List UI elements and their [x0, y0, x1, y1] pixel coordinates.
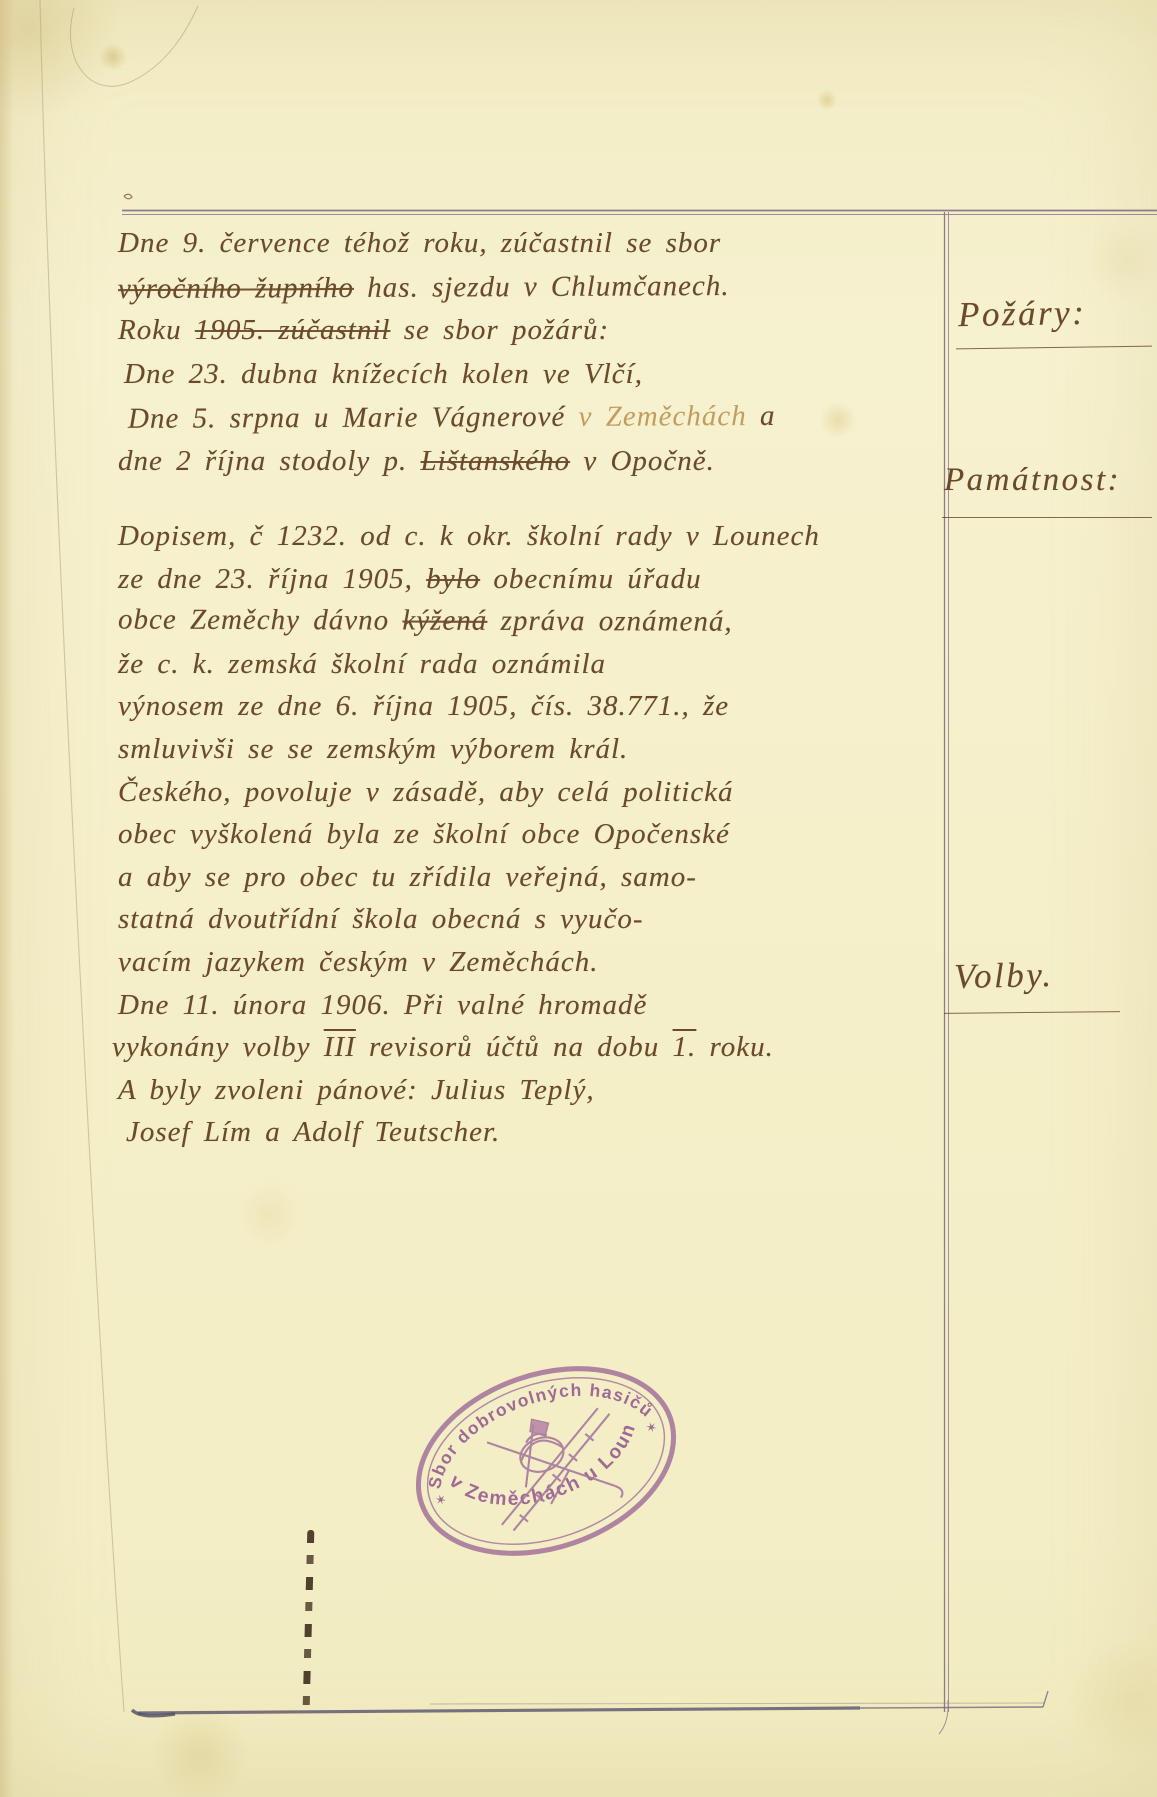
manuscript-line: Dne 9. července téhož roku, zúčastnil se…	[118, 222, 946, 266]
manuscript-segment: Lištanského	[421, 445, 571, 477]
manuscript-segment: smluvivši se se zemským výborem král.	[118, 733, 628, 765]
manuscript-segment: a	[747, 400, 776, 432]
margin-note-pamatnost: Památnost:	[944, 462, 1121, 499]
manuscript-text: Dne 9. července téhož roku, zúčastnil se…	[118, 222, 946, 1154]
manuscript-segment: a aby se pro obec tu zřídila veřejná, sa…	[118, 861, 697, 893]
manuscript-line: dne 2 října stodoly p. Lištanského v Opo…	[118, 440, 946, 484]
rubber-stamp: Sbor dobrovolných hasičů v Zeměchách u L…	[385, 1328, 707, 1594]
manuscript-segment: vacím jazykem českým v Zeměchách.	[118, 946, 599, 978]
manuscript-line: statná dvoutřídní škola obecná s vyučo-	[118, 898, 946, 941]
manuscript-paragraph: Dne 9. července téhož roku, zúčastnil se…	[118, 222, 946, 483]
manuscript-segment: revisorů účtů na dobu	[356, 1031, 673, 1063]
manuscript-segment: Dne 9. července téhož roku, zúčastnil se…	[118, 227, 721, 259]
manuscript-segment: 1.	[673, 1031, 697, 1063]
manuscript-line: smluvivši se se zemským výborem král.	[118, 728, 946, 771]
manuscript-line: obec vyškolená byla ze školní obce Opoče…	[118, 813, 946, 856]
manuscript-line: Dopisem, č 1232. od c. k okr. školní rad…	[118, 515, 946, 558]
page-left-edge-line	[40, 0, 124, 1712]
manuscript-line: že c. k. zemská školní rada oznámila	[118, 643, 946, 686]
manuscript-segment: obecnímu úřadu	[480, 563, 702, 595]
manuscript-line: vacím jazykem českým v Zeměchách.	[118, 941, 946, 984]
manuscript-paragraph: Dopisem, č 1232. od c. k okr. školní rad…	[118, 515, 946, 1154]
manuscript-segment: ze dne 23. října 1905,	[118, 563, 426, 595]
manuscript-segment: Dne 5. srpna u Marie Vágnerové	[128, 401, 579, 435]
manuscript-segment: v Zeměchách	[578, 400, 746, 433]
manuscript-line: ze dne 23. října 1905, bylo obecnímu úřa…	[118, 558, 946, 601]
manuscript-segment: has. sjezdu v Chlumčanech.	[354, 269, 730, 303]
manuscript-segment: vykonány volby	[112, 1031, 324, 1063]
bottom-ruled-line	[132, 1691, 1048, 1716]
manuscript-segment: výročního župního	[118, 271, 354, 304]
margin-note-pozary: Požáry:	[958, 293, 1087, 335]
manuscript-segment: Roku	[118, 314, 195, 346]
manuscript-segment: obce Zeměchy dávno	[118, 604, 403, 637]
manuscript-segment: statná dvoutřídní škola obecná s vyučo-	[118, 903, 644, 935]
manuscript-segment: Dopisem, č 1232. od c. k okr. školní rad…	[118, 520, 820, 552]
manuscript-segment: Dne 23. dubna knížecích kolen ve Vlčí,	[124, 358, 643, 390]
manuscript-line: výročního župního has. sjezdu v Chlumčan…	[118, 263, 946, 311]
manuscript-line: Dne 23. dubna knížecích kolen ve Vlčí,	[124, 353, 946, 397]
manuscript-line: výnosem ze dne 6. října 1905, čís. 38.77…	[118, 685, 946, 728]
margin-note-underline	[944, 1011, 1120, 1014]
pen-tick-mark	[124, 194, 132, 199]
manuscript-segment: v Opočně.	[570, 445, 715, 477]
margin-note-underline	[956, 346, 1152, 350]
manuscript-line: Dne 5. srpna u Marie Vágnerové v Zeměchá…	[128, 394, 946, 441]
manuscript-line: Roku 1905. zúčastnil se sbor požárů:	[118, 309, 946, 353]
manuscript-segment: bylo	[426, 563, 480, 595]
stray-hairline-mark	[70, 6, 198, 86]
manuscript-segment: Josef Lím a Adolf Teutscher.	[126, 1116, 500, 1148]
manuscript-segment: kýžená	[402, 605, 487, 637]
manuscript-segment: A byly zvoleni pánové: Julius Teplý,	[118, 1074, 595, 1106]
manuscript-segment: výnosem ze dne 6. října 1905, čís. 38.77…	[118, 690, 729, 722]
star-icon: ✶	[433, 1491, 449, 1509]
manuscript-line: A byly zvoleni pánové: Julius Teplý,	[118, 1069, 946, 1112]
star-icon: ✶	[644, 1419, 660, 1437]
manuscript-line: obce Zeměchy dávno kýžená zpráva oznámen…	[118, 599, 946, 644]
top-ruled-line	[122, 211, 1157, 215]
manuscript-segment: roku.	[696, 1031, 774, 1063]
manuscript-segment: III	[324, 1031, 356, 1063]
manuscript-segment: Dne 11. února 1906. Při valné hromadě	[118, 989, 647, 1021]
ink-blot-dashes	[303, 1530, 315, 1708]
manuscript-line: vykonány volby III revisorů účtů na dobu…	[112, 1026, 946, 1069]
manuscript-line: Dne 11. února 1906. Při valné hromadě	[118, 984, 946, 1027]
manuscript-segment: že c. k. zemská školní rada oznámila	[118, 648, 606, 680]
stamp-outer-ring	[393, 1336, 698, 1585]
manuscript-segment: se sbor požárů:	[390, 314, 609, 346]
manuscript-line: a aby se pro obec tu zřídila veřejná, sa…	[118, 856, 946, 899]
manuscript-line: Českého, povoluje v zásadě, aby celá pol…	[118, 771, 946, 814]
manuscript-segment: zpráva oznámená,	[487, 605, 732, 638]
manuscript-segment: Českého, povoluje v zásadě, aby celá pol…	[118, 776, 734, 808]
margin-note-underline	[942, 517, 1152, 518]
manuscript-segment: obec vyškolená byla ze školní obce Opoče…	[118, 818, 730, 850]
margin-note-volby: Volby.	[954, 955, 1054, 997]
manuscript-line: Josef Lím a Adolf Teutscher.	[126, 1111, 946, 1154]
manuscript-segment: 1905. zúčastnil	[195, 314, 391, 346]
manuscript-segment: dne 2 října stodoly p.	[118, 445, 421, 477]
